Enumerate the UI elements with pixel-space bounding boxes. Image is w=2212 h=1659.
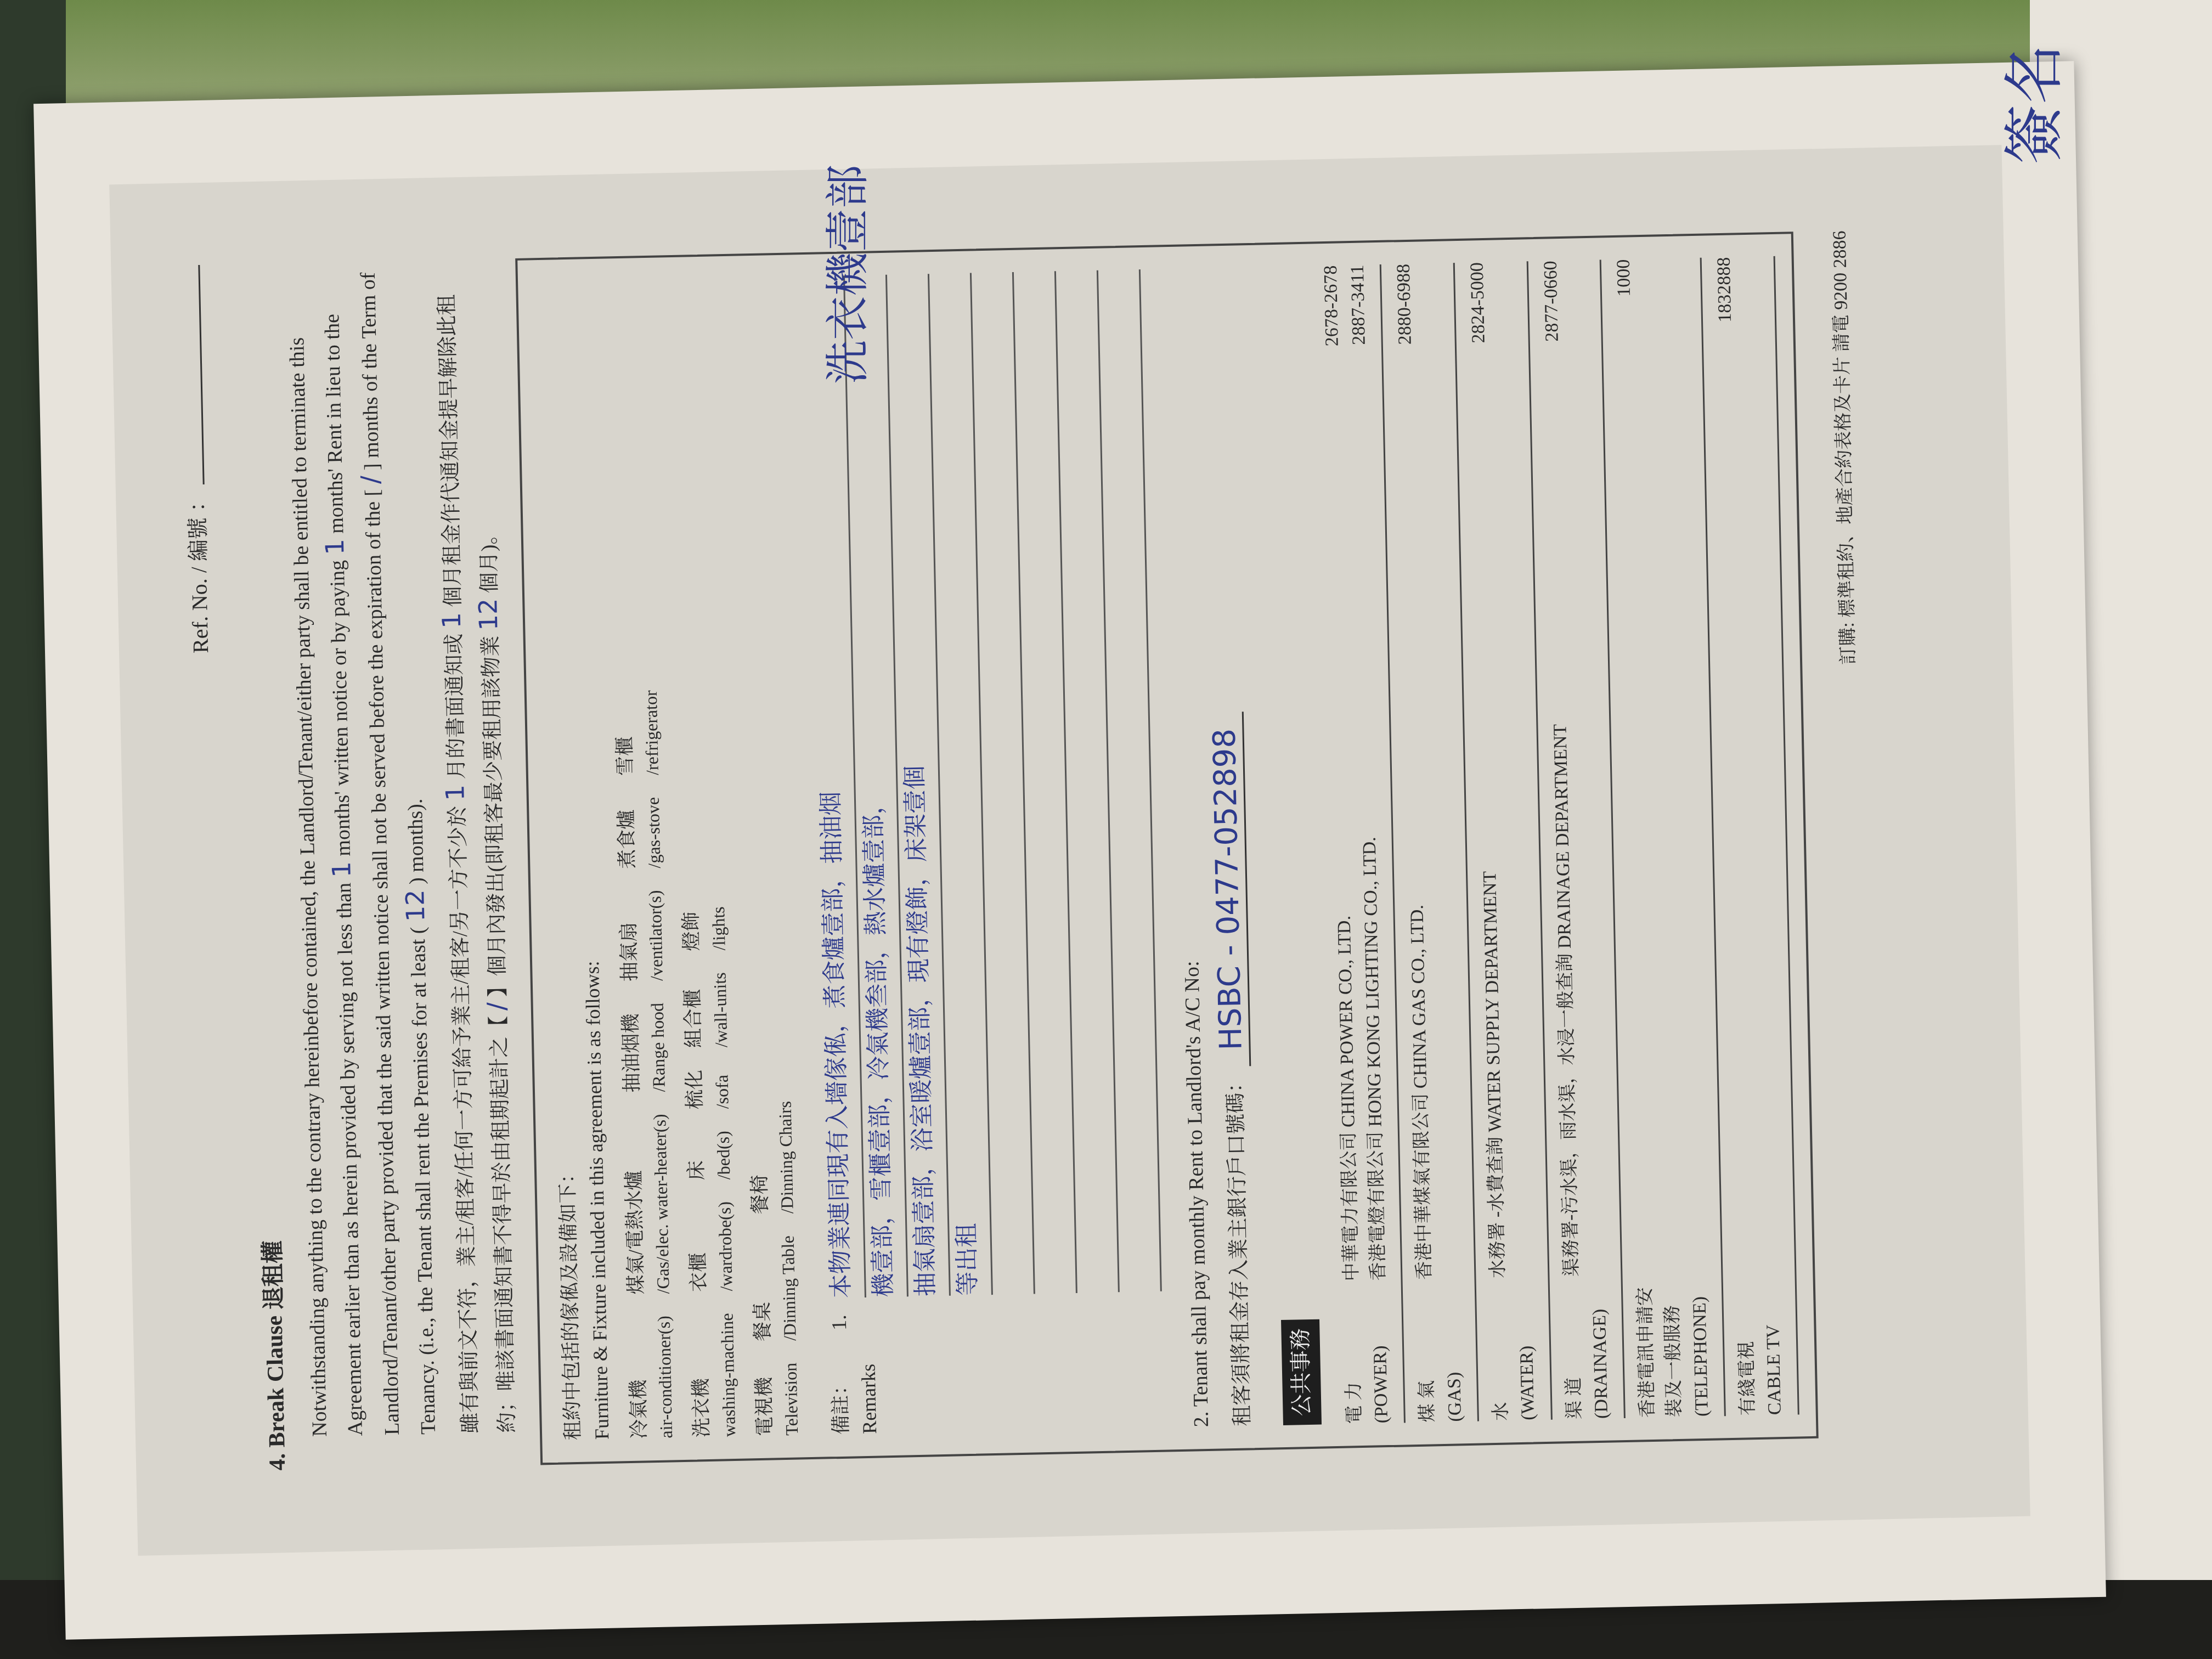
text: 月的書面通知或	[443, 633, 469, 780]
remarks-lines: 本物業連同現有入墻傢俬，煮食爐壹部，抽油烟 機壹部，雪櫃壹部，冷氣機叁部，熱水爐…	[803, 269, 1162, 1299]
furniture-item: 煮食爐/gas-stove	[612, 797, 667, 869]
util-type-zh: 有綫電視	[1731, 1273, 1762, 1416]
text: 雖有與前文不符，業主/租客/任何一方可給予業主/租客/另一方不少於	[446, 806, 482, 1434]
en: /sofa	[709, 1069, 735, 1109]
public-services-title: 公共事務	[1281, 1319, 1322, 1425]
util-type-en: CABLE TV	[1759, 1272, 1789, 1415]
en: /lights	[706, 906, 732, 951]
zh: 煤氣/電熱水爐	[618, 1114, 651, 1295]
zh: 冷氣機	[622, 1316, 653, 1439]
ref-no: Ref. No. / 編號 ：	[177, 265, 234, 1472]
zh: 衣櫃	[683, 1202, 714, 1293]
expiration-months: /	[355, 475, 385, 484]
zh: 抽油烟機	[616, 1003, 646, 1093]
en: washing-machine	[714, 1313, 742, 1437]
util-number: 1000	[1610, 258, 1695, 413]
cn-min-months: 12	[473, 598, 503, 631]
furniture-item: 組合櫃/wall-units	[678, 972, 733, 1048]
furniture-item: 抽氣扇/ventilator(s)	[613, 890, 669, 981]
en: /wardrobe(s)	[712, 1201, 739, 1291]
en: /Dinning Chairs	[772, 1101, 800, 1214]
zh: 抽氣扇	[613, 890, 644, 981]
signature-handwritten: 簽名	[1986, 44, 2073, 165]
util-number: 2887-3411	[1344, 264, 1374, 419]
cn-expiration: /	[481, 1002, 511, 1011]
furniture-item: 梳化/sofa	[680, 1069, 735, 1110]
tenancy-page: Ref. No. / 編號 ： 4. Break Clause 退租權 Notw…	[109, 145, 2030, 1556]
furniture-item: 煤氣/電熱水爐/Gas/elec. water-heater(s)	[618, 1114, 676, 1295]
furniture-item: 餐椅/Dinning Chairs	[743, 1101, 800, 1215]
text: 】個月內發出(即租客最少要租用該物業	[479, 635, 510, 997]
en: /Dinning Table	[775, 1235, 803, 1341]
cn-rent-months: 1	[437, 612, 467, 629]
util-number: 2880-6988	[1390, 263, 1447, 417]
ref-label: Ref. No. / 編號 ：	[185, 490, 213, 654]
remarks-label: 備註： Remarks	[825, 1340, 1164, 1435]
zh: 電視機	[749, 1363, 779, 1437]
remarks-section: 備註： Remarks 1. 本物業連同現有入墻傢俬，煮食爐壹部，抽油烟 機壹部…	[803, 269, 1165, 1435]
remarks-number: 1.	[824, 1308, 1162, 1330]
util-type-en: (POWER)	[1365, 1280, 1396, 1424]
remarks-label-en: Remarks	[854, 1346, 884, 1434]
en: air-conditioner(s)	[651, 1316, 679, 1438]
en: /Range hood	[645, 1002, 672, 1092]
paper-sheet: Ref. No. / 編號 ： 4. Break Clause 退租權 Notw…	[33, 61, 2106, 1639]
break-clause-english: Notwithstanding anything to the contrary…	[280, 261, 445, 1437]
util-provider: 水務署 -水費查詢 WATER SUPPLY DEPARTMENT	[1467, 415, 1539, 1279]
util-number: 2824-5000	[1464, 262, 1521, 416]
text: 個月)。	[477, 523, 501, 594]
util-type-zh: 香港電訊申請安裝及一般服務	[1632, 1274, 1689, 1418]
util-provider	[1613, 411, 1713, 1276]
en: /wall-units	[707, 972, 733, 1048]
zh: 梳化	[680, 1070, 710, 1110]
months-notice: 1	[326, 861, 357, 878]
util-provider	[1714, 410, 1786, 1273]
furniture-item: 冷氣機air-conditioner(s)	[622, 1316, 679, 1439]
furniture-item: 抽油烟機/Range hood	[616, 1002, 672, 1093]
months-rent: 1	[320, 539, 350, 555]
zh: 煮食爐	[612, 797, 642, 869]
zh: 洗衣機	[685, 1313, 716, 1438]
util-type-en: (DRAINAGE)	[1585, 1276, 1615, 1419]
util-type-zh: 水	[1485, 1278, 1515, 1421]
furniture-item: 雪櫃/refrigerator	[610, 690, 665, 776]
furniture-item: 洗衣機washing-machine	[685, 1313, 742, 1438]
furniture-box: 租約中包括的傢俬及設備如下： Furniture & Fixture inclu…	[516, 232, 1819, 1465]
account-line-zh: 租客須將租金存入業主銀行戶口號碼：	[1223, 1071, 1254, 1426]
util-number: 2877-0660	[1537, 260, 1594, 415]
account-section: 2. Tenant shall pay monthly Rent to Land…	[1162, 267, 1261, 1427]
cn-months: 1	[440, 785, 470, 801]
furniture-item: 電視機Television	[749, 1363, 804, 1437]
account-number: HSBC - 0477-052898	[1206, 712, 1251, 1067]
en: /ventilator(s)	[642, 890, 669, 981]
furniture-item: 衣櫃/wardrobe(s)	[683, 1201, 739, 1293]
util-number: 2678-2678	[1317, 265, 1347, 419]
util-type-en: (GAS)	[1438, 1279, 1469, 1422]
zh: 燈飾	[676, 907, 706, 951]
footer-order-info: 訂購: 標準租約、地產合約表格及卡片 請電 9200 2886	[1826, 230, 1878, 1438]
furniture-item: 床/bed(s)	[681, 1131, 736, 1181]
util-type-en: (WATER)	[1512, 1277, 1542, 1420]
text: months' written notice or by paying	[326, 560, 355, 857]
util-type-en: (TELEPHONE)	[1685, 1274, 1716, 1417]
en: /bed(s)	[710, 1131, 736, 1180]
zh: 組合櫃	[678, 973, 708, 1048]
furniture-item: 餐桌/Dinning Table	[747, 1235, 803, 1342]
zh: 餐椅	[743, 1101, 774, 1214]
util-type-zh: 煤 氣	[1412, 1279, 1442, 1423]
en: /gas-stove	[640, 797, 667, 868]
util-number: 1832888	[1711, 256, 1768, 411]
zh: 餐桌	[747, 1236, 777, 1342]
zh: 雪櫃	[610, 691, 640, 776]
util-provider: 香港中華煤氣有限公司 CHINA GAS CO., LTD.	[1393, 416, 1465, 1280]
zh: 床	[681, 1131, 711, 1181]
util-provider: 渠務署-污水渠，雨水渠，水浸一般查詢 DRAINAGE DEPARTMENT	[1540, 414, 1612, 1277]
en: /refrigerator	[638, 690, 665, 776]
min-months: 12	[400, 889, 431, 922]
util-type-zh: 渠 道	[1558, 1276, 1588, 1419]
en: /Gas/elec. water-heater(s)	[647, 1114, 676, 1294]
en: Television	[778, 1363, 805, 1436]
util-type-zh: 電 力	[1338, 1281, 1368, 1424]
remarks-label-zh: 備註：	[825, 1346, 855, 1435]
text: ) months).	[404, 798, 428, 884]
ref-blank	[198, 265, 204, 484]
margin-note-handwritten: 洗衣機壹部	[812, 165, 875, 384]
furniture-item: 燈飾/lights	[676, 906, 731, 951]
